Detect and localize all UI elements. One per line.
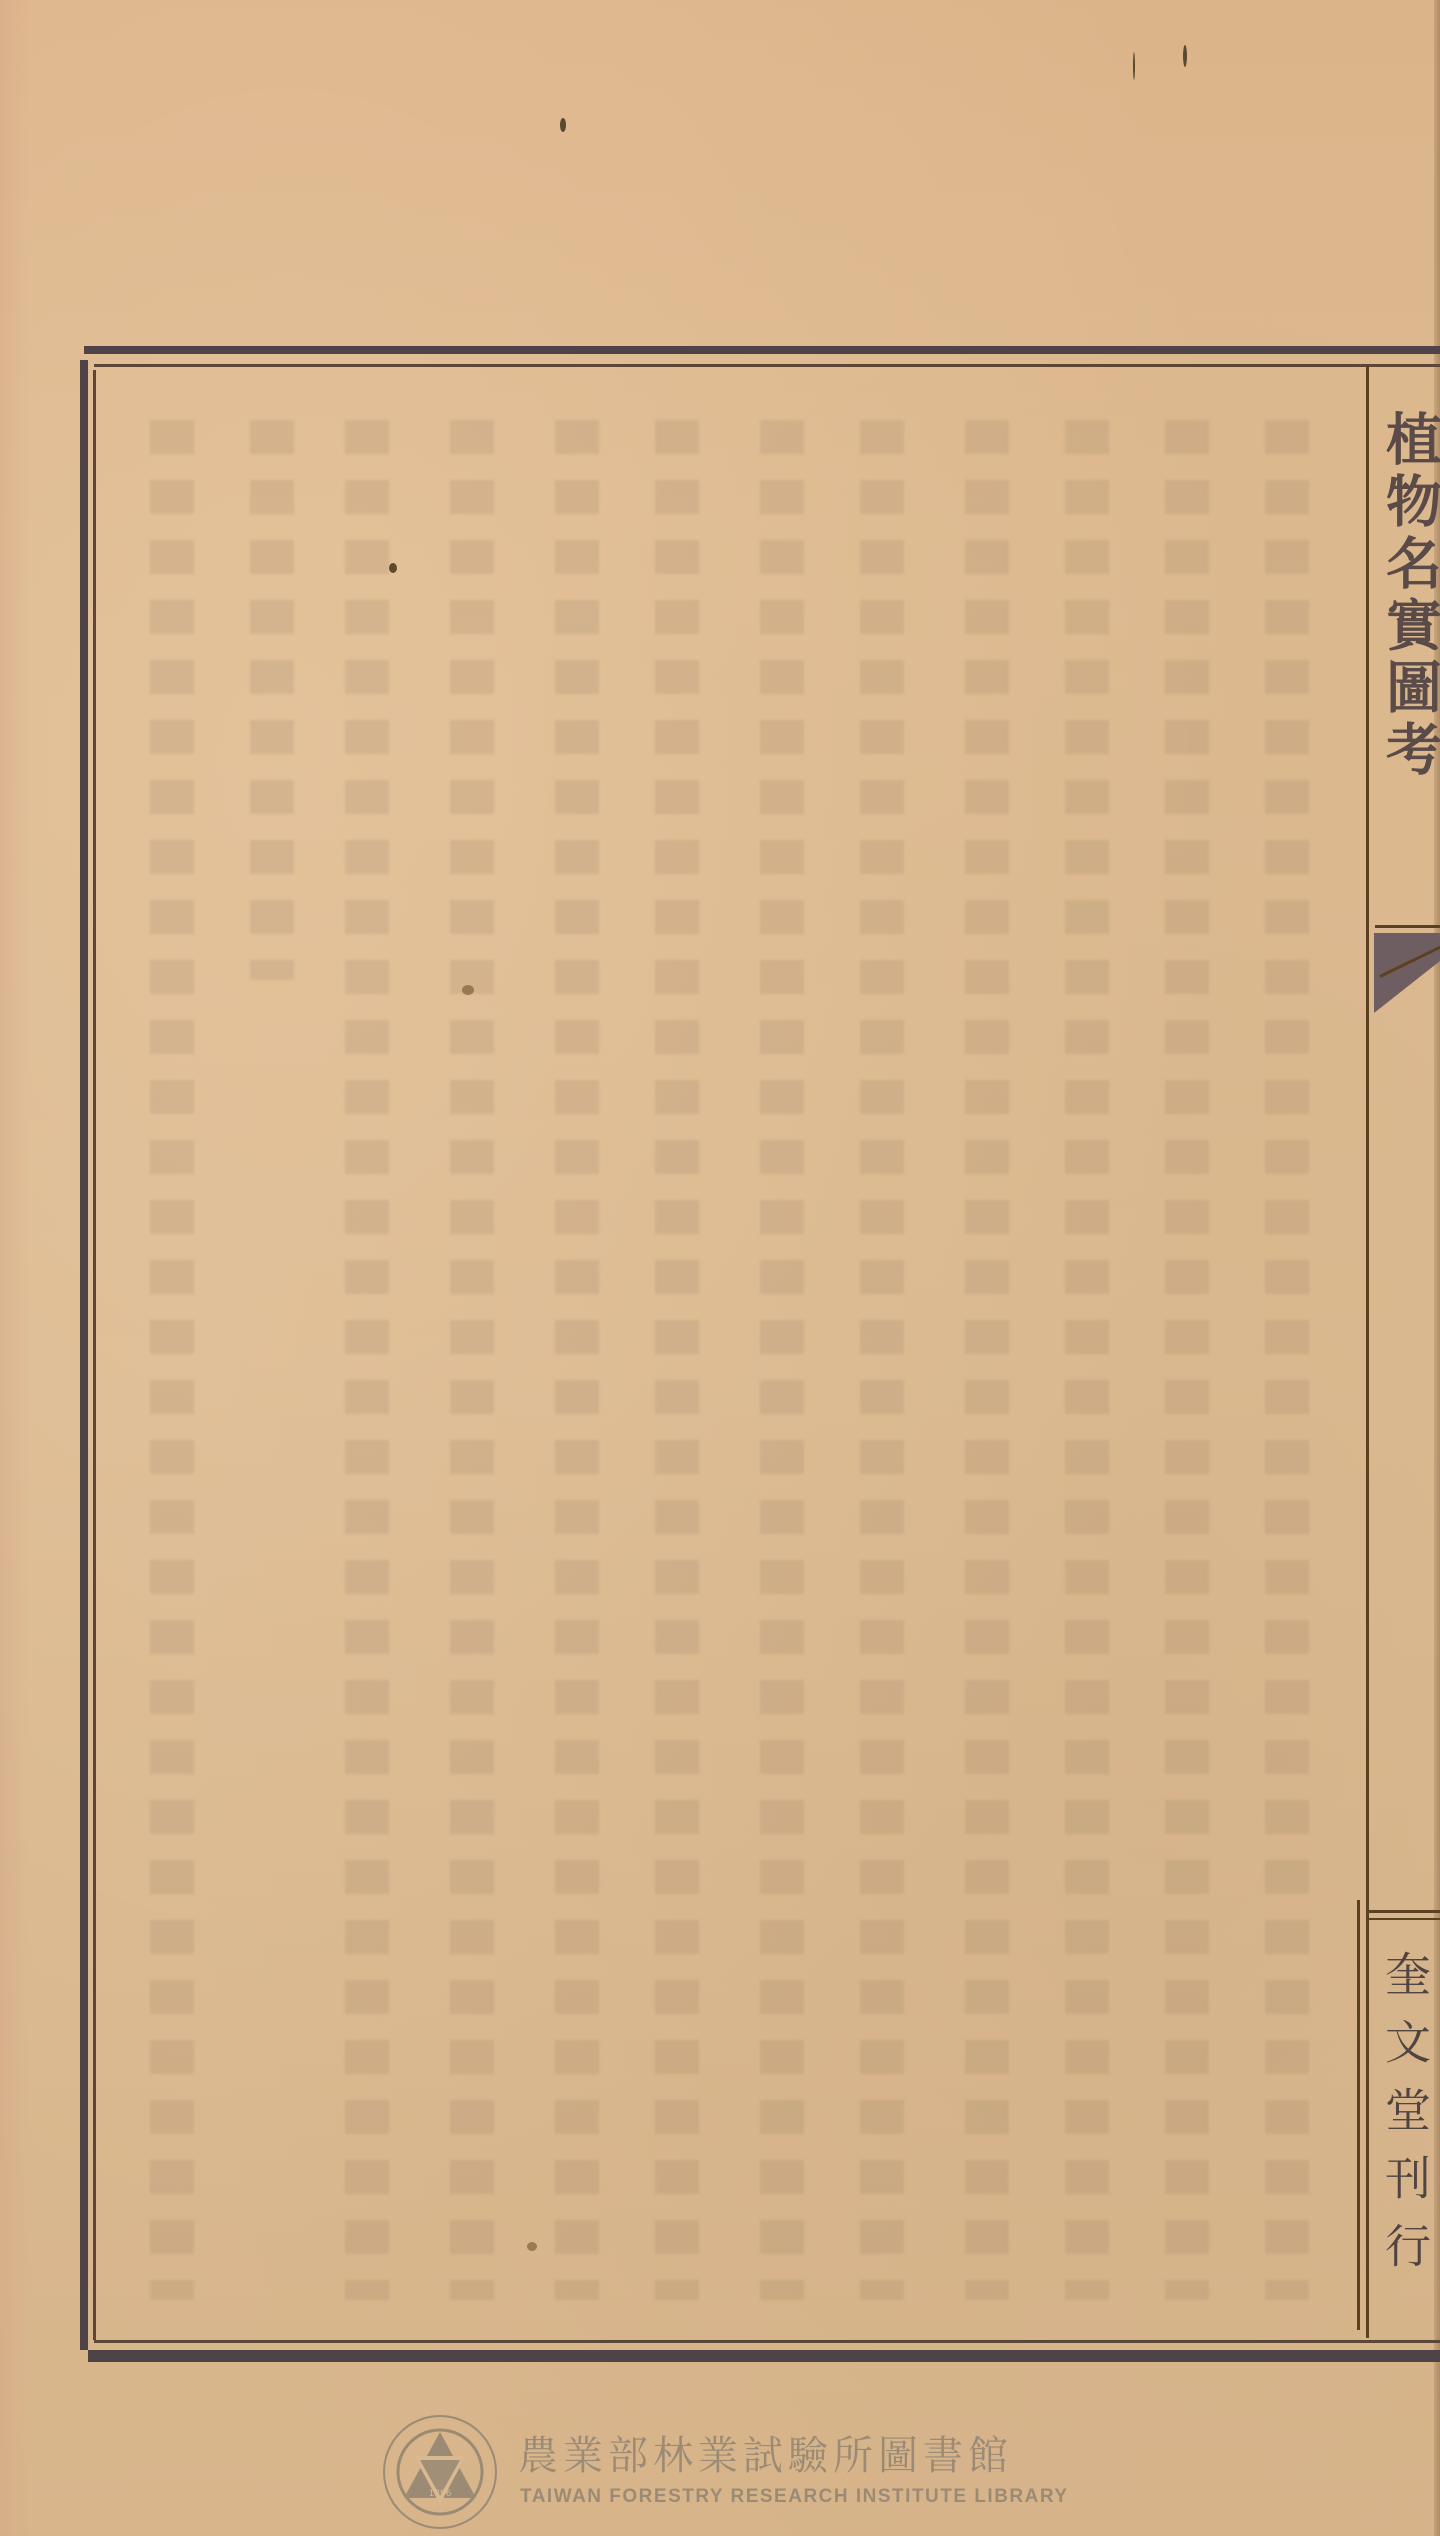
publisher-border	[1357, 1900, 1360, 2330]
banxin-divider	[1366, 366, 1369, 2338]
frame-top-thin	[94, 364, 1440, 367]
svg-text:1896: 1896	[429, 2489, 452, 2499]
publisher-rule	[1368, 1918, 1440, 1920]
publisher-rule	[1368, 1910, 1440, 1913]
library-name-chinese: 農業部林業試驗所圖書館	[518, 2424, 1013, 2481]
paper-speck	[389, 563, 397, 573]
paper-texture	[0, 0, 1440, 2536]
book-title: 植物名實圖考	[1380, 410, 1440, 950]
frame-top-thick	[84, 346, 1440, 354]
frame-bottom-thin	[94, 2340, 1440, 2343]
library-name-english: TAIWAN FORESTRY RESEARCH INSTITUTE LIBRA…	[520, 2486, 1069, 2508]
paper-speck	[527, 2242, 537, 2251]
publisher-imprint: 奎文堂刊行	[1372, 1950, 1438, 2290]
frame-left-thin	[93, 370, 96, 2340]
institute-logo-icon: 1896	[380, 2412, 500, 2532]
library-watermark: 1896 農業部林業試驗所圖書館 TAIWAN FORESTRY RESEARC…	[380, 2410, 1080, 2536]
page-edge-left	[0, 0, 30, 2536]
paper-speck	[1183, 45, 1187, 67]
paper-speck	[560, 118, 566, 132]
frame-bottom-thick	[88, 2350, 1440, 2362]
frame-left-thick	[80, 360, 88, 2350]
fishtail-rule	[1375, 925, 1440, 928]
paper-speck	[1133, 52, 1135, 80]
